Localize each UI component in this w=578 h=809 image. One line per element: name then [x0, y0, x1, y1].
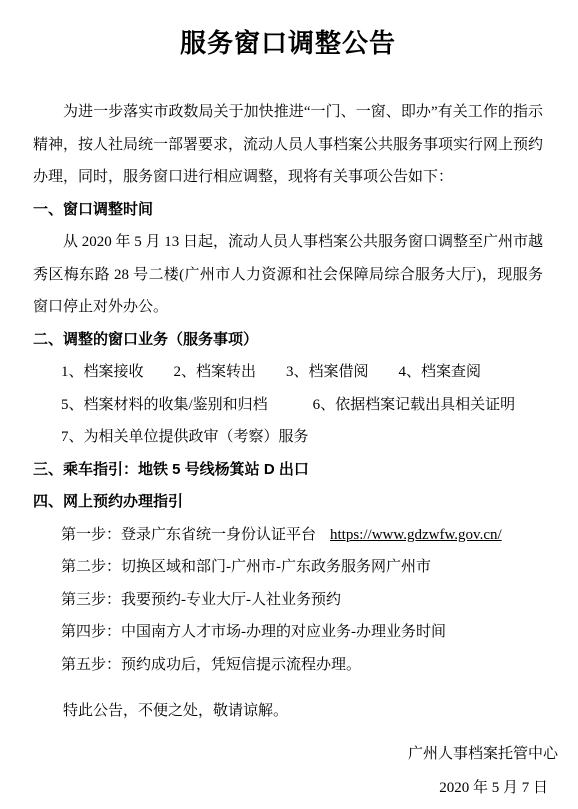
business-items-line-1: 1、档案接收 2、档案转出 3、档案借阅 4、档案查阅 [33, 356, 543, 389]
booking-step-1-text: 第一步：登录广东省统一身份认证平台 [61, 527, 316, 543]
signature: 广州人事档案托管中心 [33, 738, 558, 771]
section-4-heading: 四、网上预约办理指引 [33, 486, 543, 519]
booking-step-1: 第一步：登录广东省统一身份认证平台https://www.gdzwfw.gov.… [33, 519, 543, 552]
booking-step-5: 第五步：预约成功后，凭短信提示流程办理。 [33, 649, 543, 682]
booking-step-4: 第四步：中国南方人才市场-办理的对应业务-办理业务时间 [33, 616, 543, 649]
closing-paragraph: 特此公告，不便之处，敬请谅解。 [33, 695, 543, 728]
gdzwfw-link[interactable]: https://www.gdzwfw.gov.cn/ [330, 527, 502, 543]
business-items-line-3: 7、为相关单位提供政审（考察）服务 [33, 421, 543, 454]
notice-document: 服务窗口调整公告 为进一步落实市政数局关于加快推进“一门、一窗、即办”有关工作的… [0, 0, 578, 809]
section-1-body: 从 2020 年 5 月 13 日起，流动人员人事档案公共服务窗口调整至广州市越… [33, 226, 543, 324]
booking-step-3: 第三步：我要预约-专业大厅-人社业务预约 [33, 584, 543, 617]
page-title: 服务窗口调整公告 [33, 24, 543, 62]
business-items-line-2: 5、档案材料的收集/鉴别和归档 6、依据档案记载出具相关证明 [33, 389, 543, 422]
section-3-heading: 三、乘车指引：地铁 5 号线杨箕站 D 出口 [33, 454, 543, 487]
booking-step-2: 第二步：切换区域和部门-广州市-广东政务服务网广州市 [33, 551, 543, 584]
section-1-heading: 一、窗口调整时间 [33, 194, 543, 227]
section-2-heading: 二、调整的窗口业务（服务事项） [33, 324, 543, 357]
intro-paragraph: 为进一步落实市政数局关于加快推进“一门、一窗、即办”有关工作的指示精神，按人社局… [33, 96, 543, 194]
date: 2020 年 5 月 7 日 [33, 772, 548, 805]
